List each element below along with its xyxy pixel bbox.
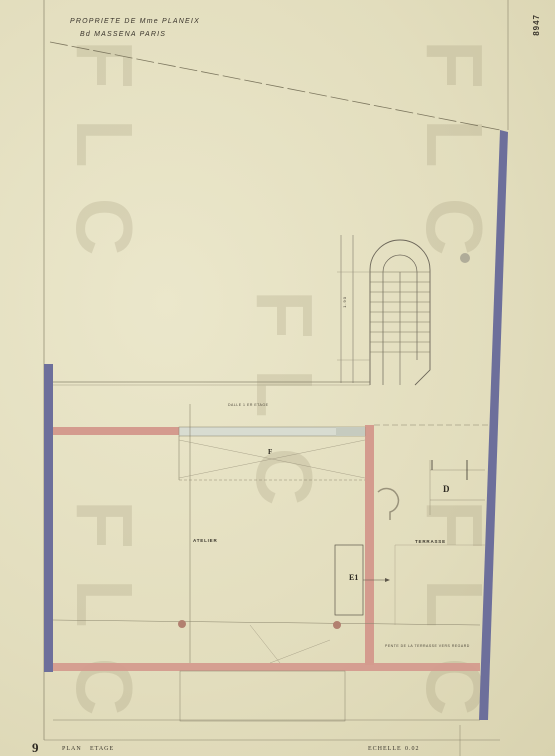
plan-sheet: FLC FLC FLC FLC FLC	[0, 0, 555, 756]
header-owner: PROPRIETE DE Mme PLANEIX	[70, 18, 200, 25]
footer-plan-label: PLAN	[62, 746, 82, 752]
label-room-f: F	[268, 448, 272, 456]
footer-scale-value: 0.02	[405, 746, 420, 752]
label-terrasse: TERRASSE	[415, 539, 446, 544]
footer-level-label: ETAGE	[90, 746, 114, 752]
sheet-number: 9	[32, 740, 39, 756]
label-terrace-note: PENTE DE LA TERRASSE VERS REGARD	[385, 644, 470, 648]
label-dalle: DALLE 1 ER ETAGE	[228, 403, 268, 407]
stair-dimension: 1.90	[342, 296, 347, 308]
label-room-d: D	[443, 484, 450, 494]
footer-scale-label: ECHELLE	[368, 746, 402, 752]
plan-drawing	[0, 0, 555, 756]
header-address: Bd MASSENA PARIS	[80, 31, 166, 38]
archive-number: 8947	[532, 14, 541, 36]
label-room-e1: E1	[349, 573, 358, 582]
blue-wall-left	[44, 364, 53, 672]
label-atelier: ATELIER	[193, 538, 218, 543]
